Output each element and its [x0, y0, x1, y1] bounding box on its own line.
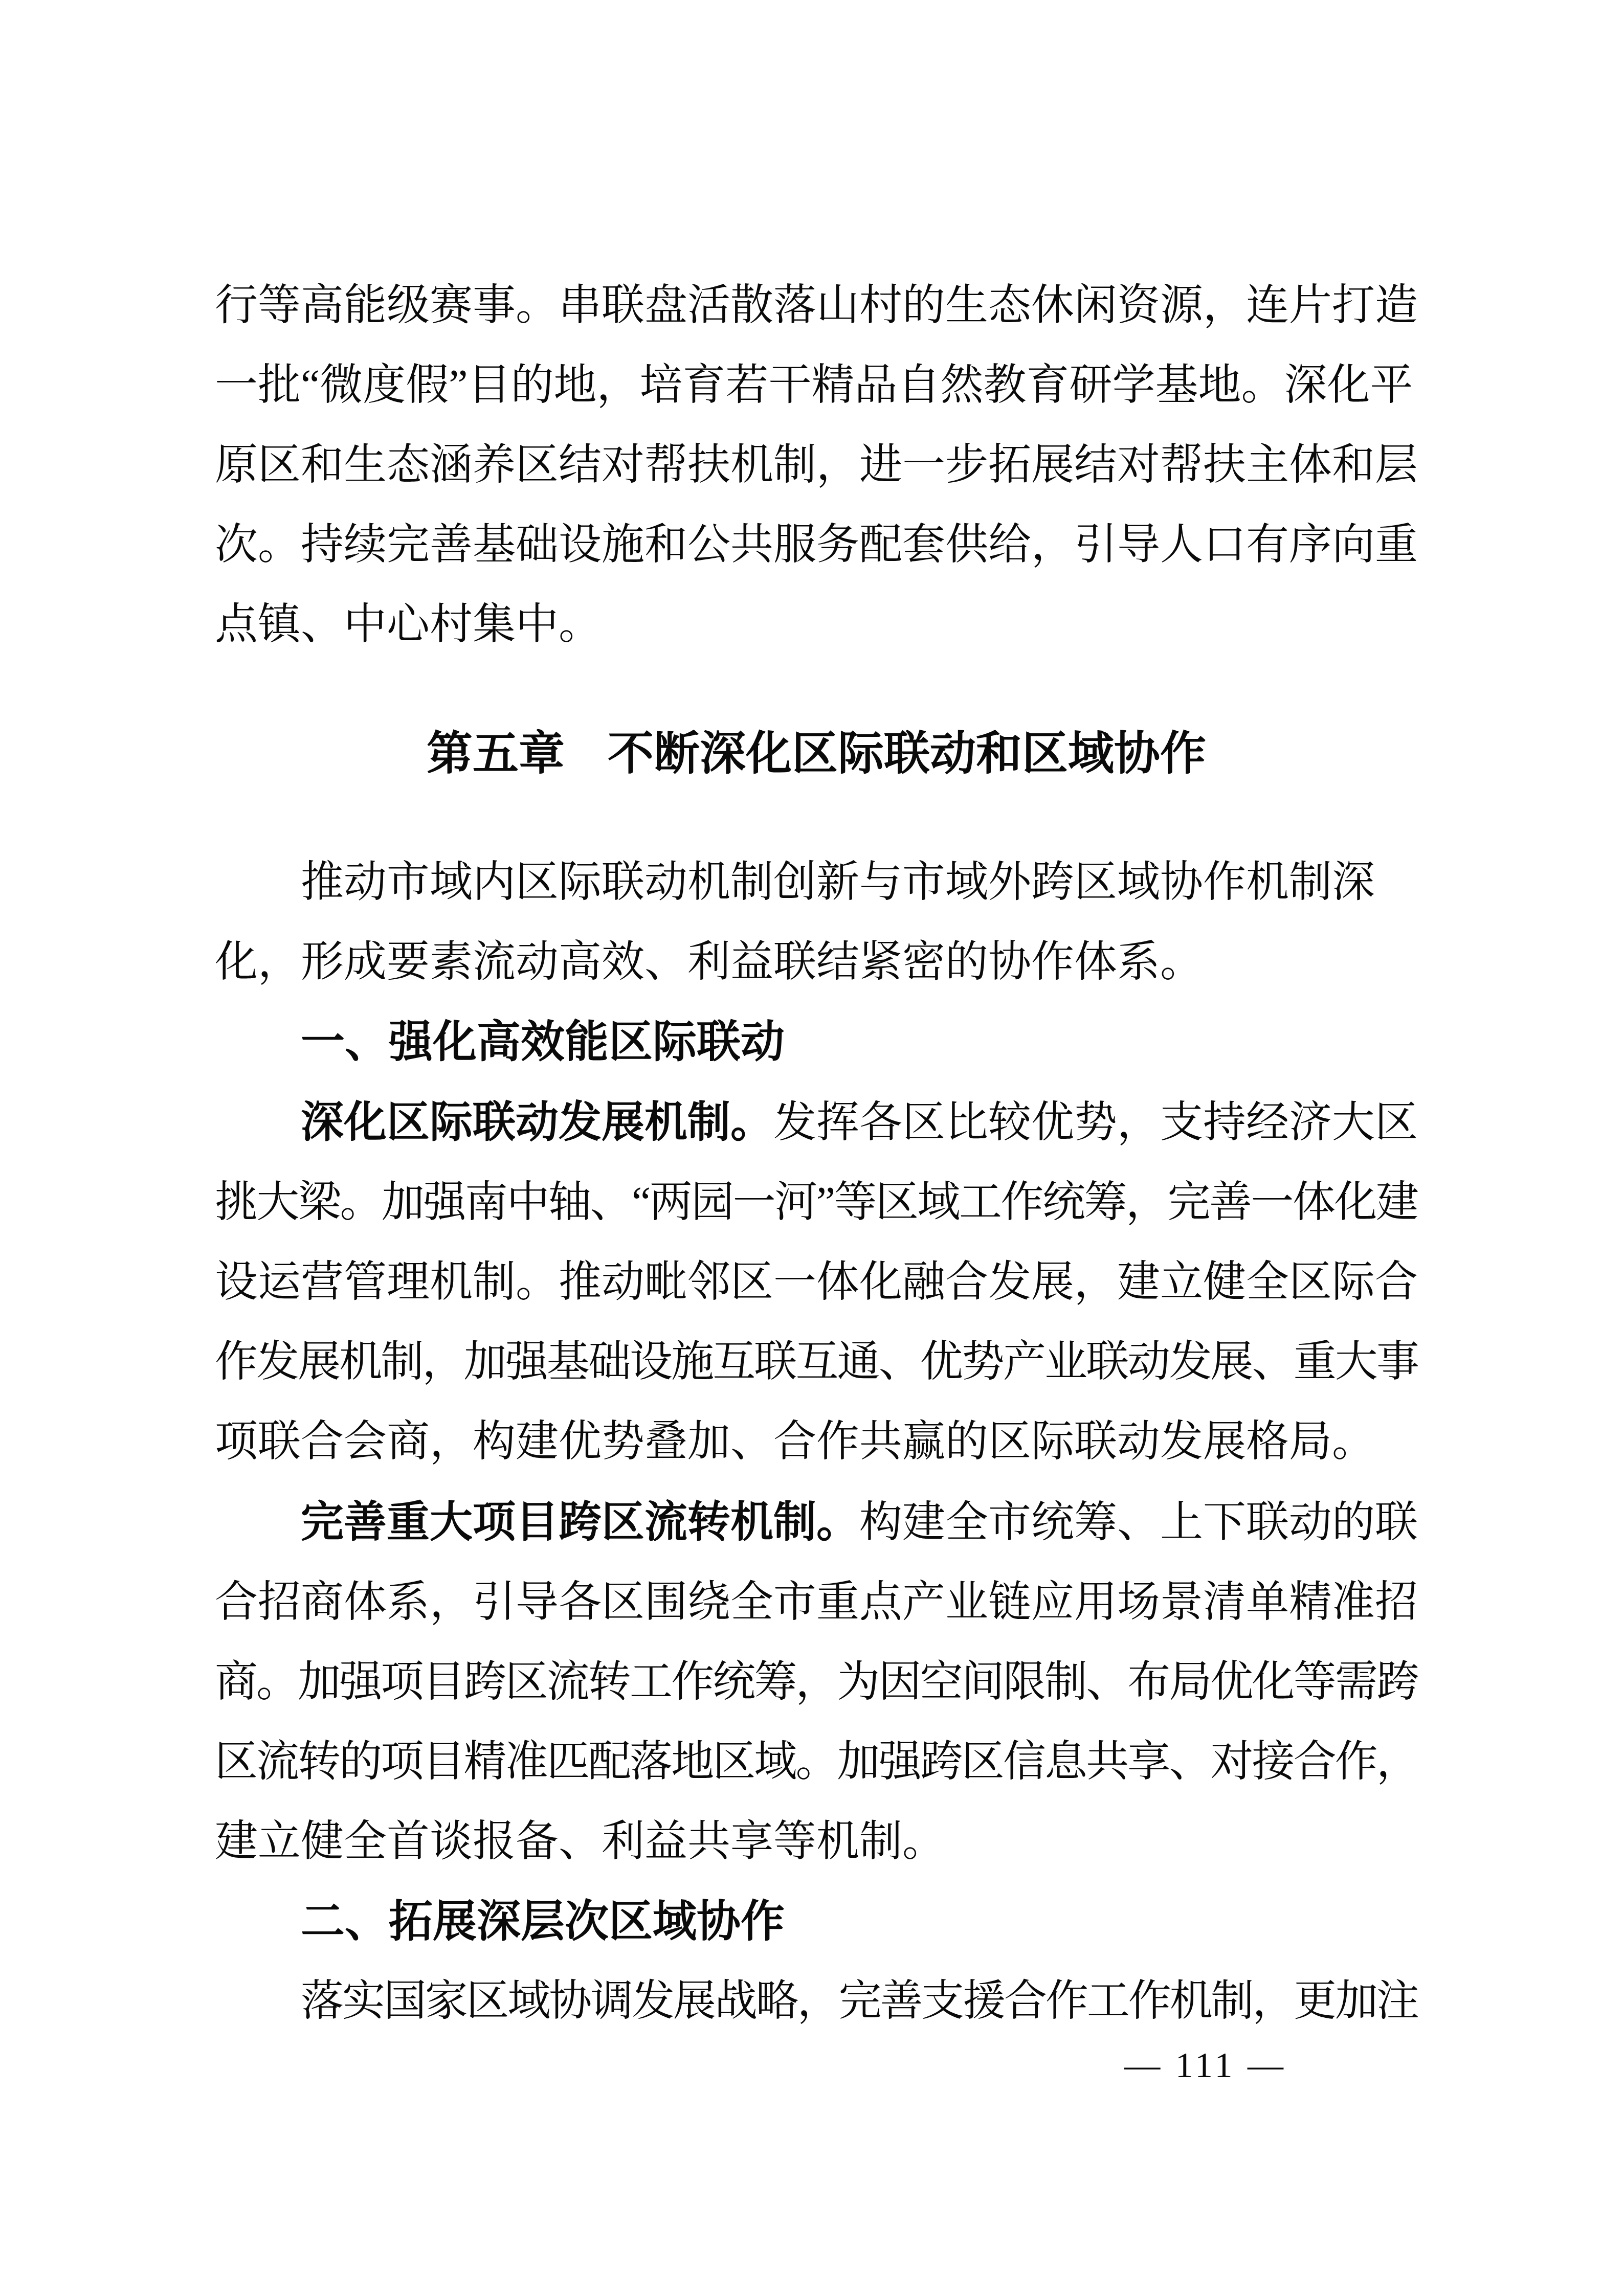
text-run: 次。持续完善基础设施和公共服务配套供给，引导人口有序向重: [215, 521, 1418, 569]
text-line: 商。加强项目跨区流转工作统筹，为因空间限制、布局优化等需跨: [215, 1642, 1418, 1722]
text-line: 点镇、中心村集中。: [215, 585, 1418, 665]
text-line: 一批“微度假”目的地，培育若干精品自然教育研学基地。深化平: [215, 346, 1418, 425]
chapter-number: 第五章: [427, 728, 565, 779]
bold-text-run: 完善重大项目跨区流转机制。: [301, 1498, 859, 1546]
text-run: 一批“微度假”目的地，培育若干精品自然教育研学基地。深化平: [215, 362, 1413, 409]
text-run: 落实国家区域协调发展战略，完善支援合作工作机制，更加注: [301, 1977, 1418, 2025]
text-line: 原区和生态涵养区结对帮扶机制，进一步拓展结对帮扶主体和层: [215, 425, 1418, 505]
text-run: 化，形成要素流动高效、利益联结紧密的协作体系。: [215, 938, 1203, 986]
text-line: 区流转的项目精准匹配落地区域。加强跨区信息共享、对接合作，: [215, 1722, 1418, 1802]
text-run: 区流转的项目精准匹配落地区域。加强跨区信息共享、对接合作，: [215, 1738, 1418, 1786]
page-number: — 111 —: [1124, 2044, 1286, 2087]
text-run: 作发展机制，加强基础设施互联互通、优势产业联动发展、重大事: [215, 1338, 1418, 1386]
text-run: 建立健全首谈报备、利益共享等机制。: [215, 1818, 945, 1865]
text-line: 合招商体系，引导各区围绕全市重点产业链应用场景清单精准招: [215, 1563, 1418, 1642]
text-run: 点镇、中心村集中。: [215, 601, 602, 648]
paragraph: 深化区际联动发展机制。发挥各区比较优势，支持经济大区挑大梁。加强南中轴、“两园一…: [215, 1082, 1418, 1482]
text-run: 行等高能级赛事。串联盘活散落山村的生态休闲资源，连片打造: [215, 282, 1418, 329]
text-run: 挑大梁。加强南中轴、“两园一河”等区域工作统筹，完善一体化建: [215, 1179, 1418, 1226]
text-run: 项联合会商，构建优势叠加、合作共赢的区际联动发展格局。: [215, 1418, 1375, 1466]
text-line: 化，形成要素流动高效、利益联结紧密的协作体系。: [215, 922, 1418, 1002]
chapter-title: 不断深化区际联动和区域协作: [608, 728, 1206, 779]
text-line: 落实国家区域协调发展战略，完善支援合作工作机制，更加注: [215, 1962, 1418, 2041]
text-run: 商。加强项目跨区流转工作统筹，为因空间限制、布局优化等需跨: [215, 1658, 1418, 1706]
text-line: 挑大梁。加强南中轴、“两园一河”等区域工作统筹，完善一体化建: [215, 1163, 1418, 1243]
document-body: 行等高能级赛事。串联盘活散落山村的生态休闲资源，连片打造一批“微度假”目的地，培…: [215, 266, 1418, 2041]
text-line: 行等高能级赛事。串联盘活散落山村的生态休闲资源，连片打造: [215, 266, 1418, 346]
text-run: 原区和生态涵养区结对帮扶机制，进一步拓展结对帮扶主体和层: [215, 441, 1418, 489]
document-page: 行等高能级赛事。串联盘活散落山村的生态休闲资源，连片打造一批“微度假”目的地，培…: [0, 0, 1624, 2296]
text-line: 推动市域内区际联动机制创新与市域外跨区域协作机制深: [215, 843, 1418, 922]
text-run: 设运营管理机制。推动毗邻区一体化融合发展，建立健全区际合: [215, 1258, 1418, 1306]
paragraph: 落实国家区域协调发展战略，完善支援合作工作机制，更加注: [215, 1962, 1418, 2041]
section-heading: 二、拓展深层次区域协作: [215, 1882, 1418, 1962]
text-run: 推动市域内区际联动机制创新与市域外跨区域协作机制深: [301, 859, 1375, 906]
text-line: 次。持续完善基础设施和公共服务配套供给，引导人口有序向重: [215, 505, 1418, 585]
chapter-heading: 第五章不断深化区际联动和区域协作: [215, 714, 1418, 794]
text-line: 设运营管理机制。推动毗邻区一体化融合发展，建立健全区际合: [215, 1243, 1418, 1322]
text-line: 深化区际联动发展机制。发挥各区比较优势，支持经济大区: [215, 1082, 1418, 1163]
text-line: 完善重大项目跨区流转机制。构建全市统筹、上下联动的联: [215, 1482, 1418, 1563]
text-run: 合招商体系，引导各区围绕全市重点产业链应用场景清单精准招: [215, 1579, 1418, 1626]
text-run: 发挥各区比较优势，支持经济大区: [773, 1099, 1418, 1146]
paragraph: 完善重大项目跨区流转机制。构建全市统筹、上下联动的联合招商体系，引导各区围绕全市…: [215, 1482, 1418, 1882]
text-line: 项联合会商，构建优势叠加、合作共赢的区际联动发展格局。: [215, 1402, 1418, 1482]
section-heading: 一、强化高效能区际联动: [215, 1002, 1418, 1082]
text-line: 作发展机制，加强基础设施互联互通、优势产业联动发展、重大事: [215, 1322, 1418, 1402]
text-run: 构建全市统筹、上下联动的联: [859, 1499, 1418, 1546]
paragraph: 行等高能级赛事。串联盘活散落山村的生态休闲资源，连片打造一批“微度假”目的地，培…: [215, 266, 1418, 665]
bold-text-run: 深化区际联动发展机制。: [301, 1098, 773, 1146]
text-line: 建立健全首谈报备、利益共享等机制。: [215, 1802, 1418, 1882]
paragraph: 推动市域内区际联动机制创新与市域外跨区域协作机制深化，形成要素流动高效、利益联结…: [215, 843, 1418, 1002]
